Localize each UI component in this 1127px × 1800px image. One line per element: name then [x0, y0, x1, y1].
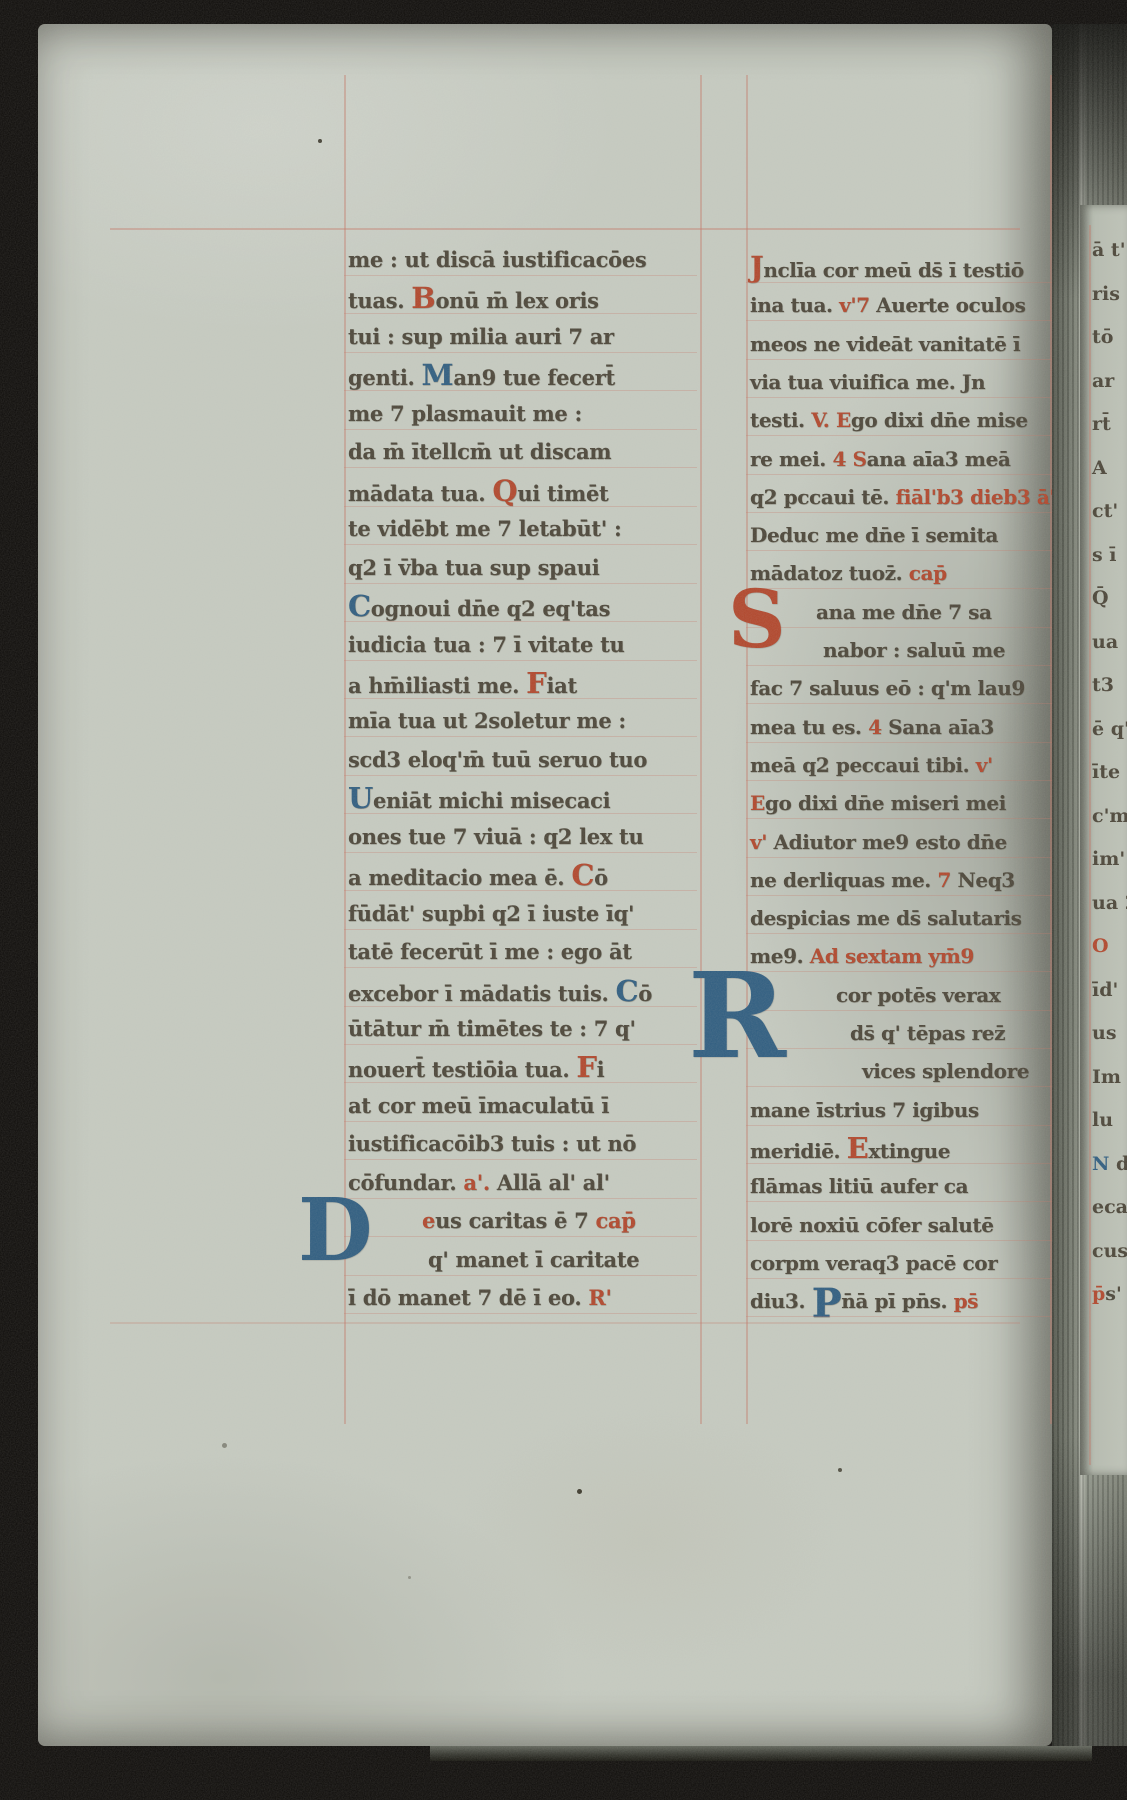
text-segment: t3: [1092, 674, 1114, 696]
text-segment: O: [1092, 935, 1109, 957]
adjacent-page-text-fragment: O: [1092, 937, 1109, 956]
ink-speck: [318, 139, 322, 143]
text-line: Cognoui dn̄e q2 eq'tas: [348, 589, 695, 627]
text-line: mane īstrius 7 igibus: [750, 1093, 1055, 1131]
adjacent-page-text-fragment: eca m̄: [1092, 1198, 1127, 1217]
text-segment: s': [1105, 1283, 1122, 1305]
text-segment: eca m̄: [1092, 1196, 1127, 1218]
text-line: me9. Ad sextam ym̄9: [750, 939, 1055, 977]
adjacent-page-text-fragment: ē q': [1092, 720, 1127, 739]
adjacent-page-text-fragment: us: [1092, 1024, 1117, 1043]
text-segment: tatē fecerūt ī me : ego āt: [348, 939, 632, 964]
text-segment: re mei.: [750, 447, 832, 471]
text-segment: tui : sup milia auri 7 ar: [348, 324, 614, 349]
text-line: vices splendore: [750, 1054, 1055, 1092]
text-line: mādata tua. Qui timēt: [348, 474, 695, 512]
text-segment: custi d': [1092, 1240, 1127, 1262]
text-segment: ones tue 7 viuā : q2 lex tu: [348, 824, 643, 849]
text-segment: c'm: [1092, 805, 1127, 827]
text-segment: ina tua.: [750, 293, 839, 317]
adjacent-page-text-fragment: Im: [1092, 1068, 1121, 1087]
text-line: excebor ī mādatis tuis. Cō: [348, 974, 695, 1012]
text-segment: īd': [1092, 979, 1118, 1001]
text-segment: v': [750, 830, 767, 854]
text-segment: Sana aīa3: [882, 715, 994, 739]
text-line: te vidēbt me 7 letabūt' :: [348, 512, 695, 550]
text-segment: at cor meū īmaculatū ī: [348, 1093, 609, 1118]
text-segment: rt̄: [1092, 413, 1111, 435]
adjacent-page-text-fragment: lu: [1092, 1111, 1113, 1130]
text-segment: scd3 eloq'm̄ tuū seruo tuo: [348, 747, 647, 772]
text-segment: ds̄ q' tēpas rez̄: [850, 1021, 1005, 1045]
text-segment: nabor : saluū me: [823, 638, 1005, 662]
text-line: me 7 plasmauit me :: [348, 397, 695, 435]
text-segment: a meditacio mea ē.: [348, 865, 571, 890]
text-segment: U: [348, 781, 373, 815]
text-segment: ar: [1092, 370, 1114, 392]
text-line: mādatoz tuoz̄. cap̄: [750, 556, 1055, 594]
text-segment: ps̄: [954, 1289, 978, 1313]
text-segment: B: [411, 281, 435, 315]
manuscript-page: me : ut discā iustificacōestuas. Bonū m̄…: [38, 24, 1052, 1746]
adjacent-page-text-fragment: s ī: [1092, 546, 1117, 565]
text-line: testi. V. Ego dixi dn̄e mise: [750, 403, 1055, 441]
text-segment: meā q2 peccaui tibi.: [750, 753, 976, 777]
adjacent-page-text-fragment: A: [1092, 459, 1107, 478]
text-line: ī dō manet 7 dē ī eo. R': [348, 1281, 695, 1319]
text-segment: Q̄: [1092, 587, 1109, 609]
text-line: tatē fecerūt ī me : ego āt: [348, 935, 695, 973]
text-line: re mei. 4 Sana aīa3 meā: [750, 442, 1055, 480]
text-line: a meditacio mea ē. Cō: [348, 858, 695, 896]
initial-D: D: [298, 1196, 372, 1267]
text-line: mea tu es. 4 Sana aīa3: [750, 710, 1055, 748]
text-segment: ana me dn̄e 7 sa: [816, 600, 992, 624]
text-segment: flāmas litiū aufer ca: [750, 1174, 968, 1198]
text-segment: ā t': [1092, 239, 1126, 261]
text-line: lorē noxiū cōfer salutē: [750, 1208, 1055, 1246]
text-segment: i: [597, 1057, 605, 1082]
text-segment: C: [348, 589, 371, 623]
text-line: da m̄ ītellcm̄ ut discam: [348, 435, 695, 473]
text-line: Jnclīa cor meū ds̄ ī testiō: [750, 250, 1055, 288]
adjacent-page-sliver: ā t'ristōarrt̄Act's īQ̄uat3ē q'ītec'mim'…: [1080, 205, 1127, 1475]
text-segment: V.: [811, 408, 829, 432]
adjacent-page-text-fragment: ua 2: [1092, 894, 1127, 913]
text-line: iustificacōib3 tuis : ut nō: [348, 1127, 695, 1165]
text-segment: F: [576, 1050, 596, 1084]
ruling-line: [110, 228, 1020, 230]
text-segment: nclīa cor meū ds̄ ī testiō: [763, 258, 1023, 282]
text-segment: go dixi dn̄e mise: [851, 408, 1028, 432]
text-segment: Im: [1092, 1066, 1121, 1088]
adjacent-page-text-fragment: ct': [1092, 502, 1118, 521]
text-line: genti. Man9 tue fecert̄: [348, 358, 695, 396]
text-segment: tō: [1092, 326, 1113, 348]
text-line: corpm veraq3 pacē cor: [750, 1246, 1055, 1284]
ink-speck: [222, 1443, 227, 1448]
text-segment: q2 pccaui tē.: [750, 485, 896, 509]
text-segment: an9 tue fecert̄: [453, 365, 615, 390]
text-segment: 4: [832, 447, 846, 471]
text-line: Ego dixi dn̄e miseri mei: [750, 786, 1055, 824]
text-column-left: me : ut discā iustificacōestuas. Bonū m̄…: [348, 243, 695, 1333]
text-segment: us caritas ē 7: [435, 1208, 595, 1233]
text-segment: go dixi dn̄e miseri mei: [765, 791, 1006, 815]
text-segment: ua 2: [1092, 892, 1127, 914]
ink-speck: [577, 1489, 582, 1494]
text-line: nouert̄ testiōia tua. Fi: [348, 1050, 695, 1088]
text-segment: E: [836, 408, 851, 432]
text-segment: 4: [868, 715, 882, 739]
text-segment: ognoui dn̄e q2 eq'tas: [371, 596, 610, 621]
text-segment: us: [1092, 1022, 1117, 1044]
text-line: iudicia tua : 7 ī vitate tu: [348, 628, 695, 666]
text-segment: ct': [1092, 500, 1118, 522]
ruling-line: [1089, 225, 1091, 1465]
text-segment: xtingue: [868, 1139, 950, 1163]
adjacent-page-text-fragment: im': [1092, 850, 1125, 869]
text-line: tuas. Bonū m̄ lex oris: [348, 281, 695, 319]
text-segment: me 7 plasmauit me :: [348, 401, 582, 426]
text-segment: onū m̄ lex oris: [435, 288, 598, 313]
text-segment: F: [526, 666, 546, 700]
text-segment: ūtātur m̄ timētes te : 7 q': [348, 1016, 636, 1041]
text-segment: īte: [1092, 761, 1120, 783]
text-segment: P: [812, 1280, 842, 1327]
text-segment: ris: [1092, 283, 1120, 305]
text-segment: fiāl'b3 dieb3 ā': [896, 485, 1056, 509]
text-line: cor potēs verax: [750, 978, 1055, 1016]
adjacent-page-text-fragment: N dı': [1092, 1155, 1127, 1174]
adjacent-page-text-fragment: tō: [1092, 328, 1113, 347]
text-segment: da m̄ ītellcm̄ ut discam: [348, 439, 611, 464]
text-segment: mādata tua.: [348, 481, 492, 506]
text-segment: eniāt michi misecaci: [373, 788, 610, 813]
text-line: nabor : saluū me: [750, 633, 1055, 671]
text-line: ones tue 7 viuā : q2 lex tu: [348, 820, 695, 858]
text-segment: iat: [546, 673, 576, 698]
text-segment: 7: [937, 868, 951, 892]
text-line: eus caritas ē 7 cap̄: [348, 1204, 695, 1242]
adjacent-page-text-fragment: t3: [1092, 676, 1114, 695]
text-segment: [846, 447, 853, 471]
ink-speck: [408, 1576, 411, 1579]
text-segment: meos ne videāt vanitatē ī: [750, 332, 1020, 356]
text-segment: e: [422, 1208, 435, 1233]
text-segment: ī dō manet 7 dē ī eo.: [348, 1285, 588, 1310]
text-segment: mīa tua ut 2soletur me :: [348, 708, 626, 733]
text-segment: lorē noxiū cōfer salutē: [750, 1213, 994, 1237]
adjacent-page-text-fragment: īd': [1092, 981, 1118, 1000]
text-segment: tuas.: [348, 288, 411, 313]
text-segment: te vidēbt me 7 letabūt' :: [348, 516, 621, 541]
text-segment: fac 7 saluus eō : q'm lau9: [750, 676, 1025, 700]
text-segment: R': [588, 1285, 611, 1310]
adjacent-page-text-fragment: ar: [1092, 372, 1114, 391]
text-segment: E: [750, 791, 765, 815]
adjacent-page-text-fragment: ris: [1092, 285, 1120, 304]
text-segment: p̄: [1092, 1283, 1105, 1305]
text-segment: cap̄: [909, 561, 947, 585]
text-segment: C: [616, 974, 639, 1008]
text-segment: vices splendore: [862, 1059, 1029, 1083]
text-segment: q2 ī v̄ba tua sup spaui: [348, 555, 599, 580]
text-segment: v'7: [839, 293, 869, 317]
text-line: v' Adiutor me9 esto dn̄e: [750, 825, 1055, 863]
text-line: diu3. Pn̄ā pī pn̄s. ps̄: [750, 1284, 1055, 1322]
text-segment: ui timēt: [517, 481, 608, 506]
text-segment: M: [422, 358, 454, 392]
text-line: at cor meū īmaculatū ī: [348, 1089, 695, 1127]
text-line: ūtātur m̄ timētes te : 7 q': [348, 1012, 695, 1050]
text-line: a hm̄iliasti me. Fiat: [348, 666, 695, 704]
text-segment: Deduc me dn̄e ī semita: [750, 523, 998, 547]
text-segment: cor potēs verax: [836, 983, 1000, 1007]
text-segment: excebor ī mādatis tuis.: [348, 981, 616, 1006]
text-segment: Adiutor me9 esto dn̄e: [767, 830, 1007, 854]
text-line: tui : sup milia auri 7 ar: [348, 320, 695, 358]
text-segment: nouert̄ testiōia tua.: [348, 1057, 576, 1082]
page-stack-bottom-edge: [430, 1746, 1092, 1761]
adjacent-page-text-fragment: c'm: [1092, 807, 1127, 826]
text-segment: im': [1092, 848, 1125, 870]
text-segment: testi.: [750, 408, 811, 432]
initial-S: S: [728, 587, 785, 653]
adjacent-page-text-fragment: Q̄: [1092, 589, 1109, 608]
text-segment: Q: [492, 474, 517, 508]
text-segment: fūdāt' supbi q2 ī iuste īq': [348, 901, 634, 926]
text-segment: cap̄: [595, 1208, 635, 1233]
text-line: despicias me ds̄ salutaris: [750, 901, 1055, 939]
ruling-line: [700, 75, 702, 1424]
text-segment: mane īstrius 7 igibus: [750, 1098, 979, 1122]
text-segment: via tua viuifica me. Jn: [750, 370, 985, 394]
text-line: q2 ī v̄ba tua sup spaui: [348, 551, 695, 589]
text-segment: Allā al' al': [490, 1170, 610, 1195]
text-segment: q' manet ī caritate: [428, 1247, 639, 1272]
text-segment: ō: [594, 865, 608, 890]
text-line: ne derliquas me. 7 Neq3: [750, 863, 1055, 901]
text-segment: dı': [1109, 1153, 1127, 1175]
text-line: q2 pccaui tē. fiāl'b3 dieb3 ā': [750, 480, 1055, 518]
text-segment: iustificacōib3 tuis : ut nō: [348, 1131, 636, 1156]
text-segment: a'.: [463, 1170, 489, 1195]
text-segment: Auerte oculos: [870, 293, 1026, 317]
text-segment: ne derliquas me.: [750, 868, 937, 892]
adjacent-page-text-fragment: ua: [1092, 633, 1118, 652]
text-segment: me : ut discā iustificacōes: [348, 247, 646, 272]
text-line: q' manet ī caritate: [348, 1243, 695, 1281]
text-line: meā q2 peccaui tibi. v': [750, 748, 1055, 786]
text-segment: s ī: [1092, 544, 1117, 566]
text-line: cōfundar. a'. Allā al' al': [348, 1166, 695, 1204]
text-line: flāmas litiū aufer ca: [750, 1169, 1055, 1207]
text-segment: v': [976, 753, 993, 777]
text-segment: diu3.: [750, 1289, 812, 1313]
ruling-line: [746, 75, 748, 1424]
ink-speck: [838, 1468, 842, 1472]
text-segment: despicias me ds̄ salutaris: [750, 906, 1022, 930]
text-segment: Ad sextam ym̄9: [810, 944, 974, 968]
text-segment: J: [750, 250, 763, 284]
text-segment: E: [847, 1131, 869, 1165]
text-segment: corpm veraq3 pacē cor: [750, 1251, 997, 1275]
adjacent-page-text-fragment: ā t': [1092, 241, 1126, 260]
text-line: ina tua. v'7 Auerte oculos: [750, 288, 1055, 326]
text-segment: genti.: [348, 365, 422, 390]
text-segment: C: [571, 858, 594, 892]
text-segment: S: [853, 447, 867, 471]
text-line: Deduc me dn̄e ī semita: [750, 518, 1055, 556]
text-segment: a hm̄iliasti me.: [348, 673, 526, 698]
text-segment: ō: [638, 981, 652, 1006]
text-segment: [829, 408, 836, 432]
text-line: meos ne videāt vanitatē ī: [750, 327, 1055, 365]
text-segment: lu: [1092, 1109, 1113, 1131]
adjacent-page-text-fragment: rt̄: [1092, 415, 1111, 434]
text-line: me : ut discā iustificacōes: [348, 243, 695, 281]
text-line: fūdāt' supbi q2 ī iuste īq': [348, 897, 695, 935]
text-segment: iudicia tua : 7 ī vitate tu: [348, 632, 624, 657]
manuscript-photo: me : ut discā iustificacōestuas. Bonū m̄…: [0, 0, 1127, 1800]
text-line: fac 7 saluus eō : q'm lau9: [750, 671, 1055, 709]
text-line: via tua viuifica me. Jn: [750, 365, 1055, 403]
text-column-right: Jnclīa cor meū ds̄ ī testiōina tua. v'7 …: [750, 250, 1055, 1340]
text-segment: ana aīa3 meā: [867, 447, 1011, 471]
text-segment: A: [1092, 457, 1107, 479]
text-line: meridiē. Extingue: [750, 1131, 1055, 1169]
text-line: Ueniāt michi misecaci: [348, 781, 695, 819]
text-segment: meridiē.: [750, 1139, 847, 1163]
initial-R: R: [688, 968, 786, 1065]
text-segment: ē q': [1092, 718, 1127, 740]
text-line: mīa tua ut 2soletur me :: [348, 704, 695, 742]
adjacent-page-text-fragment: īte: [1092, 763, 1120, 782]
adjacent-page-text-fragment: custi d': [1092, 1242, 1127, 1261]
adjacent-page-text-fragment: p̄s': [1092, 1285, 1122, 1304]
text-line: scd3 eloq'm̄ tuū seruo tuo: [348, 743, 695, 781]
text-segment: N: [1092, 1153, 1109, 1175]
text-line: ds̄ q' tēpas rez̄: [750, 1016, 1055, 1054]
text-segment: n̄ā pī pn̄s.: [841, 1289, 953, 1313]
text-segment: ua: [1092, 631, 1118, 653]
text-segment: Neq3: [951, 868, 1015, 892]
text-segment: mea tu es.: [750, 715, 868, 739]
text-line: ana me dn̄e 7 sa: [750, 595, 1055, 633]
